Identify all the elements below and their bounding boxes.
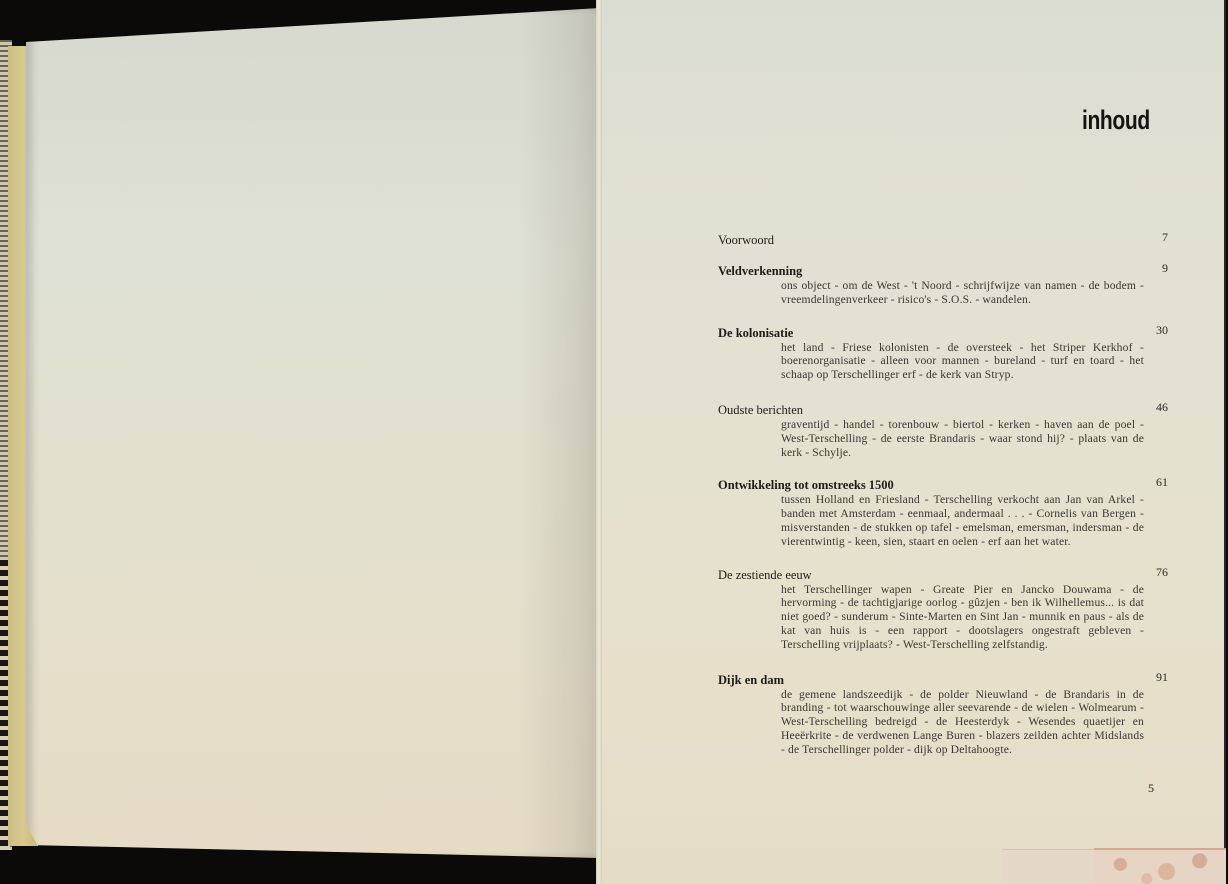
toc-entry-title: Dijk en dam (718, 673, 1158, 688)
toc-entry: Oudste berichten 46 graventijd - handel … (718, 403, 1158, 459)
toc-entry-title: Ontwikkeling tot omstreeks 1500 (718, 478, 1158, 493)
page-stain (1002, 849, 1094, 884)
toc-entry: Dijk en dam 91 de gemene landszeedijk - … (718, 673, 1158, 757)
toc-entry-page: 9 (1162, 261, 1168, 276)
toc-entry-page: 76 (1156, 565, 1168, 580)
page-edge (1224, 0, 1226, 884)
toc-entry: Ontwikkeling tot omstreeks 1500 61 tusse… (718, 478, 1158, 548)
left-page-blank (26, 8, 600, 858)
toc-entry: Voorwoord 7 (718, 233, 1158, 248)
toc-entry-title: De zestiende eeuw (718, 568, 1158, 583)
toc-entry-page: 46 (1156, 400, 1168, 415)
toc-entry: Veldverkenning 9 ons object - om de West… (718, 264, 1158, 307)
toc-entry: De zestiende eeuw 76 het Terschellinger … (718, 568, 1158, 652)
toc-entry-title: De kolonisatie (718, 326, 1158, 341)
toc-entry-title: Veldverkenning (718, 264, 1158, 279)
toc-entry-description: het Terschellinger wapen - Greate Pier e… (781, 583, 1144, 652)
toc-entry-page: 61 (1156, 475, 1168, 490)
toc-entry-page: 7 (1162, 230, 1168, 245)
toc-entry-title: Oudste berichten (718, 403, 1158, 418)
toc-entry-description: de gemene landszeedijk - de polder Nieuw… (781, 688, 1144, 757)
page-number: 5 (1148, 781, 1154, 796)
toc-entry-page: 30 (1156, 323, 1168, 338)
table-of-contents: Voorwoord 7 Veldverkenning 9 ons object … (718, 233, 1158, 774)
toc-entry: De kolonisatie 30 het land - Friese kolo… (718, 326, 1158, 382)
page-stain-spotted (1094, 848, 1226, 884)
toc-entry-title: Voorwoord (718, 233, 1158, 248)
toc-entry-description: het land - Friese kolonisten - de overst… (781, 341, 1144, 382)
toc-entry-description: tussen Holland en Friesland - Terschelli… (781, 493, 1144, 548)
right-page: inhoud Voorwoord 7 Veldverkenning 9 ons … (602, 0, 1226, 884)
toc-entry-description: graventijd - handel - torenbouw - bierto… (781, 418, 1144, 459)
toc-entry-page: 91 (1156, 670, 1168, 685)
page-title: inhoud (1082, 105, 1150, 136)
toc-entry-description: ons object - om de West - 't Noord - sch… (781, 279, 1144, 307)
